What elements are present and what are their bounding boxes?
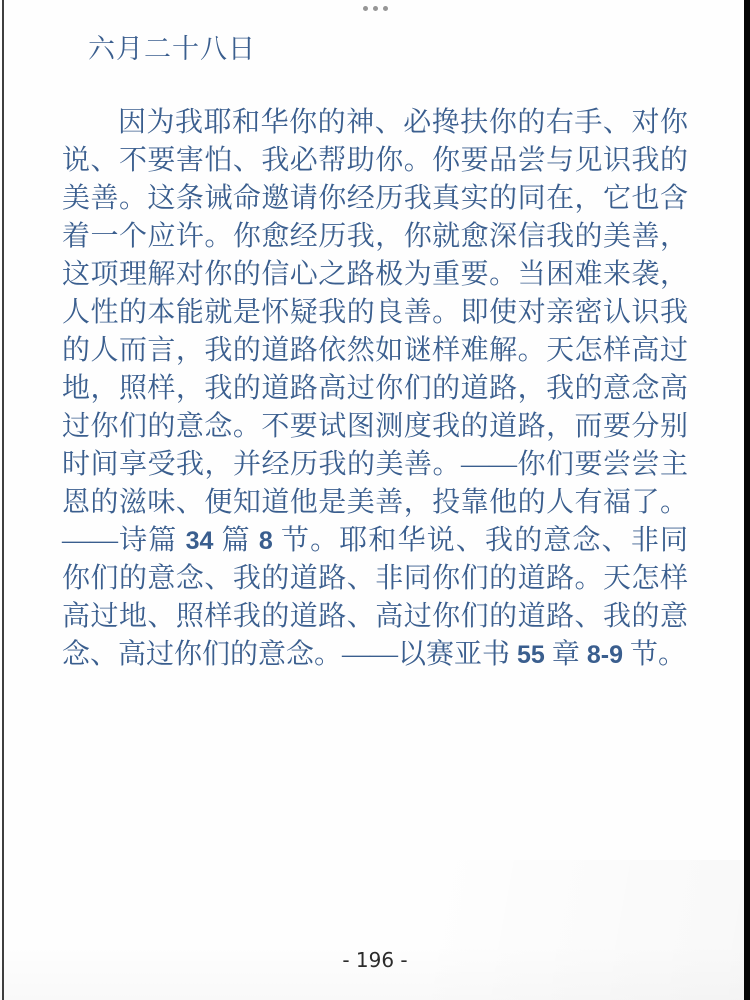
dot-icon bbox=[363, 6, 368, 11]
page-title: 六月二十八日 bbox=[88, 27, 256, 66]
reader-right-edge-band bbox=[744, 0, 750, 1000]
body-text-segment: 章 bbox=[545, 639, 587, 670]
body-text-segment: 因为我耶和华你的神、必搀扶你的右手、对你说、不要害怕、我必帮助你。你要品尝与见识… bbox=[62, 107, 688, 556]
scripture-reference-number: 34 bbox=[186, 527, 214, 555]
scripture-reference-number: 55 bbox=[517, 641, 545, 669]
body-text-segment: 节。 bbox=[623, 639, 686, 670]
dot-icon bbox=[383, 6, 388, 11]
scripture-reference-number: 8 bbox=[259, 527, 273, 555]
page-left-edge-line bbox=[2, 0, 4, 1000]
menu-handle[interactable] bbox=[0, 6, 750, 11]
dot-icon bbox=[373, 6, 378, 11]
book-page: 六月二十八日 因为我耶和华你的神、必搀扶你的右手、对你说、不要害怕、我必帮助你。… bbox=[0, 0, 750, 1000]
body-text-segment: 篇 bbox=[213, 525, 258, 556]
scripture-reference-number: 8-9 bbox=[587, 641, 623, 669]
page-curl-shade bbox=[0, 860, 750, 1000]
page-number: - 196 - bbox=[0, 948, 750, 972]
devotional-body-text: 因为我耶和华你的神、必搀扶你的右手、对你说、不要害怕、我必帮助你。你要品尝与见识… bbox=[62, 104, 688, 674]
